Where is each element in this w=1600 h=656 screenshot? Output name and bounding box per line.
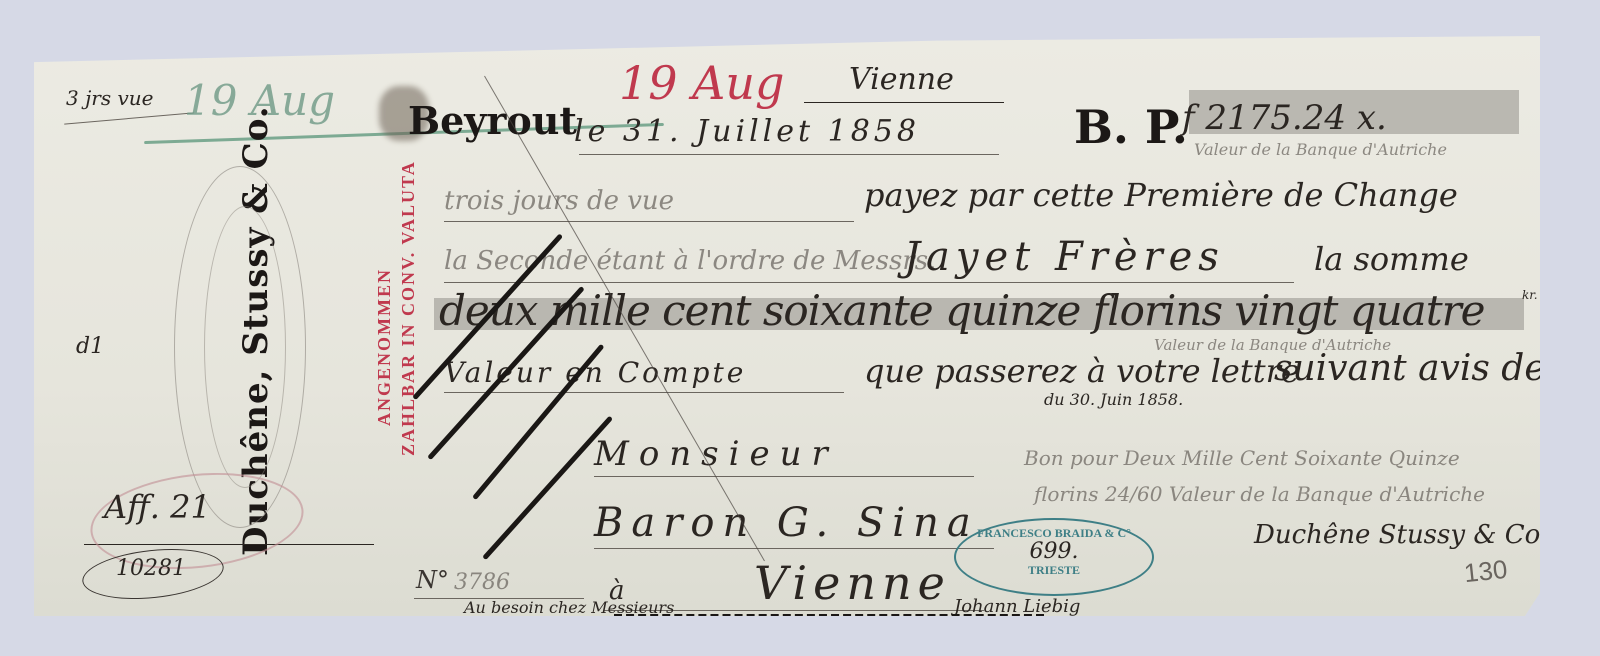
payee-rule bbox=[444, 282, 1294, 283]
term-text: trois jours de vue bbox=[444, 186, 674, 216]
amount-figure: f 2175.24 x. bbox=[1182, 98, 1387, 138]
dashed-rule bbox=[614, 614, 1044, 621]
avis-date: du 30. Juin 1858. bbox=[1044, 390, 1183, 409]
trieste-stamp-number: 699. bbox=[956, 541, 1152, 563]
date-rule bbox=[579, 154, 999, 155]
order-text: payez par cette Première de Change bbox=[864, 176, 1458, 214]
term-rule bbox=[444, 221, 854, 222]
addressee-rule bbox=[594, 548, 994, 549]
term-note: 3 jrs vue bbox=[66, 86, 153, 110]
city: Vienne bbox=[754, 556, 951, 610]
amount-note: Valeur de la Banque d'Autriche bbox=[1194, 140, 1447, 159]
value-text: Valeur en Compte bbox=[444, 356, 746, 389]
endorsement-line1: Bon pour Deux Mille Cent Soixante Quinze bbox=[1024, 446, 1460, 470]
note-underline bbox=[64, 112, 194, 124]
addressee-prefix: Monsieur bbox=[594, 434, 838, 474]
passerez-text: que passerez à votre lettre bbox=[864, 352, 1300, 390]
bp-label: B. P. bbox=[1074, 100, 1188, 154]
sum-label: la somme bbox=[1314, 240, 1469, 278]
place-of-issue: Beyrout bbox=[408, 98, 577, 143]
pencil-number: 130 bbox=[1462, 554, 1508, 589]
payee: Jayet Frères bbox=[904, 234, 1225, 280]
number-label: N° bbox=[416, 566, 449, 594]
value-rule bbox=[444, 392, 844, 393]
addressee-prefix-rule bbox=[594, 476, 974, 477]
endorsement-signature: Duchêne Stussy & Co. bbox=[1254, 520, 1548, 550]
sum-suffix: kr. bbox=[1522, 288, 1538, 302]
endorsement-line2: florins 24/60 Valeur de la Banque d'Autr… bbox=[1034, 482, 1485, 506]
sum-words: deux mille cent soixante quinze florins … bbox=[439, 286, 1485, 335]
suivant-text: suivant avis de bbox=[1274, 348, 1546, 389]
payment-place-rule bbox=[804, 102, 1004, 103]
date-line: le 31. Juillet 1858 bbox=[574, 114, 920, 149]
payment-place: Vienne bbox=[849, 62, 954, 97]
receipt-date: 19 Aug bbox=[619, 56, 784, 110]
acceptance-stamp-line2: ZAHLBAR IN CONV. VALUTA bbox=[398, 160, 419, 456]
margin-mark: d1 bbox=[76, 334, 104, 359]
bill-number: 3786 bbox=[454, 570, 510, 595]
second-text: la Seconde étant à l'ordre de Messrs. bbox=[444, 246, 936, 276]
trieste-stamp-bottom: TRIESTE bbox=[956, 563, 1152, 578]
acceptance-stamp-line1: ANGENOMMEN bbox=[374, 268, 395, 426]
trieste-stamp: FRANCESCO BRAIDA & C° 699. TRIESTE bbox=[954, 518, 1154, 596]
oval-number: 10281 bbox=[116, 556, 186, 581]
bill-of-exchange: 3 jrs vue 19 Aug Duchêne, Stussy & Co. A… bbox=[34, 36, 1540, 616]
flourish-ornament bbox=[204, 206, 286, 488]
addressee-name: Baron G. Sina bbox=[594, 500, 979, 546]
oval-signature: Aff. 21 bbox=[104, 488, 211, 526]
